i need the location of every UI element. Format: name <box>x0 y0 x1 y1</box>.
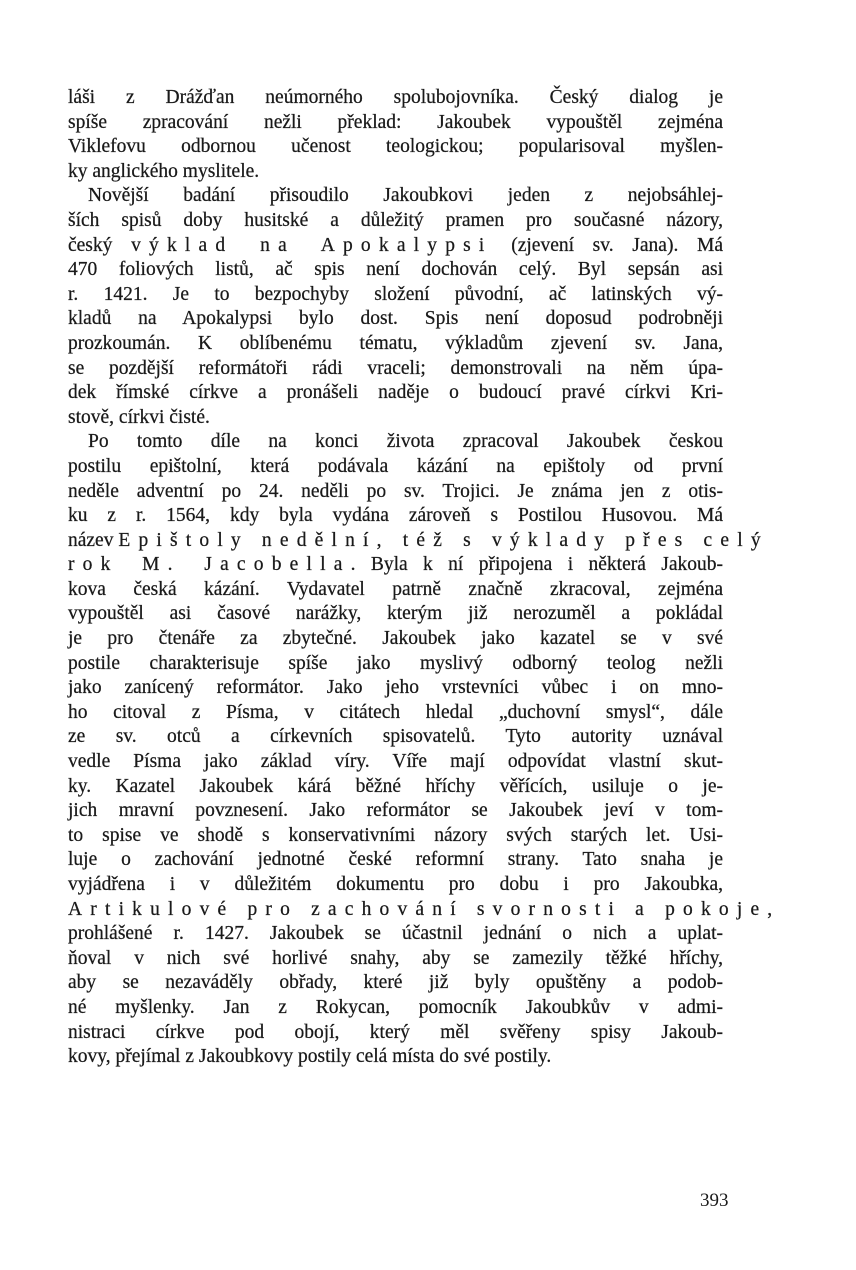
text-line: jako zanícený reformátor. Jako jeho vrst… <box>68 676 723 701</box>
text-line: 470 foliových listů, ač spis není dochov… <box>68 258 723 283</box>
text-line: stově, církvi čisté. <box>68 406 723 431</box>
text-line: dek římské církve a pronášeli naděje o b… <box>68 381 723 406</box>
text-line: aby se nezaváděly obřady, které již byly… <box>68 971 723 996</box>
text-line: Po tomto díle na konci života zpracoval … <box>68 430 723 455</box>
text-line: vypouštěl asi časové narážky, kterým již… <box>68 602 723 627</box>
text-line: ze sv. otců a církevních spisovatelů. Ty… <box>68 725 723 750</box>
text-line: název Epištoly nedělní, též s výklady př… <box>68 529 723 554</box>
text-line: vedle Písma jako základ víry. Víře mají … <box>68 750 723 775</box>
text-line: nistraci církve pod obojí, který měl svě… <box>68 1021 723 1046</box>
text-line: láši z Drážďan neúmorného spolubojovníka… <box>68 86 723 111</box>
text-segment: český <box>68 235 131 256</box>
text-line: Artikulové pro zachování svornosti a pok… <box>68 898 723 923</box>
text-line: prohlášené r. 1427. Jakoubek se účastnil… <box>68 922 723 947</box>
text-line: ho citoval z Písma, v citátech hledal „d… <box>68 701 723 726</box>
text-line: jich mravní povznesení. Jako reformátor … <box>68 799 723 824</box>
emphasized-title: Artikulové pro zachování svornosti a pok… <box>68 899 767 920</box>
text-line: ku z r. 1564, kdy byla vydána zároveň s … <box>68 504 723 529</box>
emphasized-title: Epištoly nedělní, též s výklady přes cel… <box>118 530 768 551</box>
text-segment: . Byla k ní připojena i některá Jakoub- <box>351 554 723 575</box>
page-number: 393 <box>700 1190 729 1212</box>
paragraph-3: Po tomto díle na konci života zpracoval … <box>68 430 723 1069</box>
text-line: kovy, přejímal z Jakoubkovy postily celá… <box>68 1045 723 1070</box>
text-line: postilu epištolní, která podávala kázání… <box>68 455 723 480</box>
text-line: r. 1421. Je to bezpochyby složení původn… <box>68 283 723 308</box>
text-line: neděle adventní po 24. neděli po sv. Tro… <box>68 480 723 505</box>
text-line: prozkoumán. K oblíbenému tématu, výkladů… <box>68 332 723 357</box>
text-line: ky. Kazatel Jakoubek kárá běžné hříchy v… <box>68 775 723 800</box>
text-line: kova česká kázání. Vydavatel patrně znač… <box>68 578 723 603</box>
text-line: ňoval v nich své horlivé snahy, aby se z… <box>68 947 723 972</box>
text-line: český výklad na Apokalypsi (zjevení sv. … <box>68 234 723 259</box>
paragraph-1: láši z Drážďan neúmorného spolubojovníka… <box>68 86 723 184</box>
emphasized-title: rok M. Jacobella <box>68 554 351 575</box>
text-line: se pozdější reformátoři rádi vraceli; de… <box>68 357 723 382</box>
paragraph-2: Novější badání přisoudilo Jakoubkovi jed… <box>68 184 723 430</box>
text-segment: (zjevení sv. Jana). Má <box>493 235 723 256</box>
text-line: né myšlenky. Jan z Rokycan, pomocník Jak… <box>68 996 723 1021</box>
text-line: postile charakterisuje spíše jako mysliv… <box>68 652 723 677</box>
text-line: rok M. Jacobella. Byla k ní připojena i … <box>68 553 723 578</box>
text-line: luje o zachování jednotné české reformní… <box>68 848 723 873</box>
text-segment: název <box>68 530 118 551</box>
text-line: Novější badání přisoudilo Jakoubkovi jed… <box>68 184 723 209</box>
text-line: Viklefovu odbornou učenost teologickou; … <box>68 135 723 160</box>
text-line: spíše zpracování nežli překlad: Jakoubek… <box>68 111 723 136</box>
text-line: je pro čtenáře za zbytečné. Jakoubek jak… <box>68 627 723 652</box>
text-line: ky anglického myslitele. <box>68 160 723 185</box>
text-line: kladů na Apokalypsi bylo dost. Spis není… <box>68 307 723 332</box>
text-segment: , <box>767 899 772 920</box>
text-line: to spise ve shodě s konservativními názo… <box>68 824 723 849</box>
page-body: láši z Drážďan neúmorného spolubojovníka… <box>68 86 723 1070</box>
text-line: ších spisů doby husitské a důležitý pram… <box>68 209 723 234</box>
emphasized-title: výklad na Apokalypsi <box>131 235 492 256</box>
text-line: vyjádřena i v důležitém dokumentu pro do… <box>68 873 723 898</box>
